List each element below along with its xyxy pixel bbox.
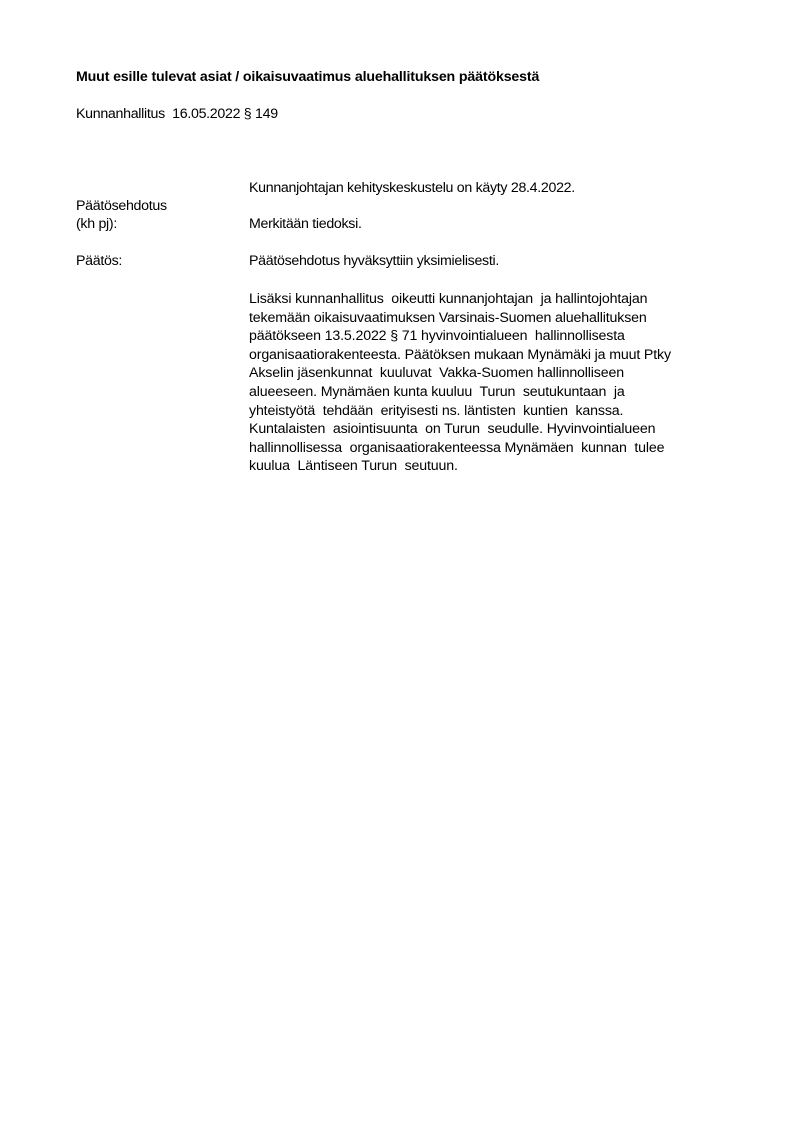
decision-text: Päätösehdotus hyväksyttiin yksimielisest… [249,252,499,271]
paragraph-line: Akselin jäsenkunnat kuuluvat Vakka-Suome… [249,364,749,383]
paragraph-line: yhteistyötä tehdään erityisesti ns. länt… [249,402,749,421]
additional-decision-paragraph: Lisäksi kunnanhallitus oikeutti kunnanjo… [249,290,749,476]
paragraph-line: organisaatiorakenteesta. Päätöksen mukaa… [249,346,749,365]
document-title: Muut esille tulevat asiat / oikaisuvaati… [76,69,539,85]
paragraph-line: alueeseen. Mynämäen kunta kuuluu Turun s… [249,383,749,402]
intro-text: Kunnanjohtajan kehityskeskustelu on käyt… [249,179,575,198]
paragraph-line: päätökseen 13.5.2022 § 71 hyvinvointialu… [249,327,749,346]
paragraph-line: Kuntalaisten asiointisuunta on Turun seu… [249,420,749,439]
meeting-reference: Kunnanhallitus 16.05.2022 § 149 [76,106,278,122]
proposal-label-line2: (kh pj): [76,215,117,233]
paragraph-line: Lisäksi kunnanhallitus oikeutti kunnanjo… [249,290,749,309]
decision-label: Päätös: [76,252,122,270]
paragraph-line: tekemään oikaisuvaatimuksen Varsinais-Su… [249,309,749,328]
proposal-text: Merkitään tiedoksi. [249,215,362,234]
paragraph-line: hallinnollisessa organisaatiorakenteessa… [249,439,749,458]
proposal-label-line1: Päätösehdotus [76,197,167,215]
paragraph-line: kuulua Läntiseen Turun seutuun. [249,457,749,476]
